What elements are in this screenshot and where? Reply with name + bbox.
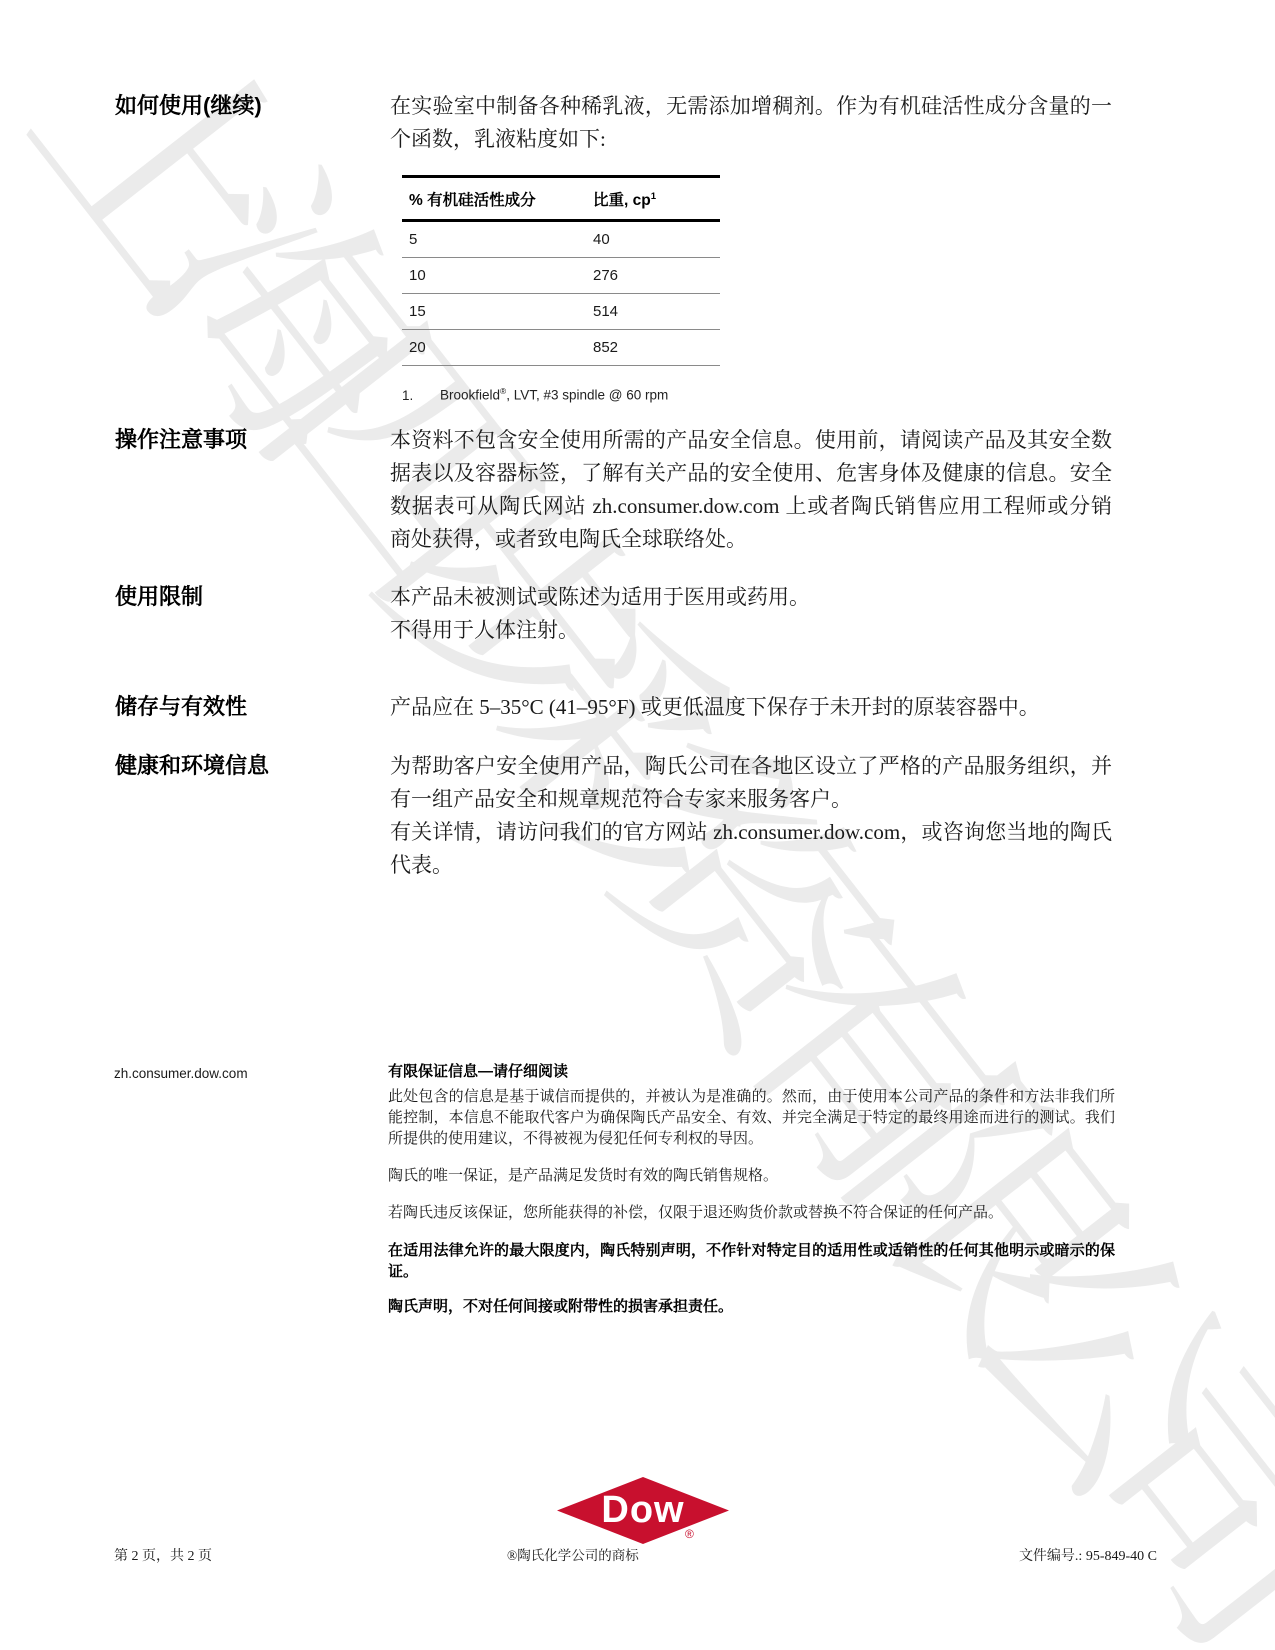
warranty-paragraph: 此处包含的信息是基于诚信而提供的，并被认为是准确的。然而，由于使用本公司产品的条… — [388, 1087, 1115, 1150]
registered-mark: ® — [685, 1527, 694, 1541]
paragraph: 在实验室中制备各种稀乳液，无需添加增稠剂。作为有机硅活性成分含量的一个函数，乳液… — [390, 90, 1112, 156]
table-row: 5 40 — [402, 222, 720, 258]
footnote-number: 1. — [402, 388, 440, 403]
cell-val: 514 — [593, 303, 720, 320]
col-header-viscosity: 比重, cp1 — [593, 188, 720, 210]
section-heading: 健康和环境信息 — [115, 750, 365, 781]
section-body: 为帮助客户安全使用产品，陶氏公司在各地区设立了严格的产品服务组织，并有一组产品安… — [390, 750, 1112, 882]
table-header-row: % 有机硅活性成分 比重, cp1 — [402, 178, 720, 222]
page-number: 第 2 页，共 2 页 — [114, 1545, 212, 1565]
cell-pct: 15 — [402, 303, 593, 320]
document-number: 文件编号.: 95-849-40 C — [1019, 1545, 1157, 1565]
paragraph: 有关详情，请访问我们的官方网站 zh.consumer.dow.com，或咨询您… — [390, 816, 1112, 882]
warranty-disclaimer: 在适用法律允许的最大限度内，陶氏特别声明，不作针对特定目的适用性或适销性的任何其… — [388, 1240, 1115, 1282]
cell-pct: 20 — [402, 339, 593, 356]
footnote-text: , LVT, #3 spindle @ 60 rpm — [506, 388, 668, 403]
dow-logo: Dow ® — [557, 1477, 729, 1544]
cell-pct: 10 — [402, 267, 593, 284]
limited-warranty-block: 有限保证信息—请仔细阅读 此处包含的信息是基于诚信而提供的，并被认为是准确的。然… — [388, 1062, 1115, 1331]
section-heading: 储存与有效性 — [115, 691, 365, 722]
paragraph: 不得用于人体注射。 — [390, 614, 1112, 647]
viscosity-table: % 有机硅活性成分 比重, cp1 5 40 10 276 15 514 20 … — [402, 175, 720, 366]
section-body: 本资料不包含安全使用所需的产品安全信息。使用前，请阅读产品及其安全数据表以及容器… — [390, 424, 1112, 556]
section-body: 产品应在 5–35°C (41–95°F) 或更低温度下保存于未开封的原装容器中… — [390, 691, 1112, 724]
section-heading: 操作注意事项 — [115, 424, 365, 455]
page-content: 如何使用(继续) 在实验室中制备各种稀乳液，无需添加增稠剂。作为有机硅活性成分含… — [0, 0, 1275, 1650]
paragraph: 本产品未被测试或陈述为适用于医用或药用。 — [390, 581, 1112, 614]
warranty-paragraph: 若陶氏违反该保证，您所能获得的补偿，仅限于退还购货价款或替换不符合保证的任何产品… — [388, 1203, 1115, 1224]
warranty-paragraph: 陶氏的唯一保证，是产品满足发货时有效的陶氏销售规格。 — [388, 1166, 1115, 1187]
table-row: 15 514 — [402, 294, 720, 330]
col-header-active-content: % 有机硅活性成分 — [402, 188, 593, 210]
paragraph: 本资料不包含安全使用所需的产品安全信息。使用前，请阅读产品及其安全数据表以及容器… — [390, 424, 1112, 556]
table-row: 10 276 — [402, 258, 720, 294]
section-body: 在实验室中制备各种稀乳液，无需添加增稠剂。作为有机硅活性成分含量的一个函数，乳液… — [390, 90, 1112, 156]
section-body: 本产品未被测试或陈述为适用于医用或药用。 不得用于人体注射。 — [390, 581, 1112, 647]
cell-val: 276 — [593, 267, 720, 284]
cell-pct: 5 — [402, 231, 593, 248]
trademark-note: ®陶氏化学公司的商标 — [507, 1544, 639, 1564]
document-page: 上海四步彩资有限公司 如何使用(继续) 在实验室中制备各种稀乳液，无需添加增稠剂… — [0, 0, 1275, 1650]
footnote-brand: Brookfield — [440, 388, 500, 403]
document-number-value: 95-849-40 C — [1086, 1549, 1157, 1564]
cell-val: 852 — [593, 339, 720, 356]
section-heading: 如何使用(继续) — [115, 90, 365, 121]
paragraph: 产品应在 5–35°C (41–95°F) 或更低温度下保存于未开封的原装容器中… — [390, 691, 1112, 724]
dow-diamond-icon: Dow — [557, 1477, 729, 1544]
paragraph: 为帮助客户安全使用产品，陶氏公司在各地区设立了严格的产品服务组织，并有一组产品安… — [390, 750, 1112, 816]
cell-val: 40 — [593, 231, 720, 248]
warranty-liability-disclaimer: 陶氏声明，不对任何间接或附带性的损害承担责任。 — [388, 1296, 1115, 1317]
footnote-ref: 1 — [651, 190, 656, 201]
dow-logo-text: Dow — [601, 1491, 684, 1529]
document-number-label: 文件编号.: — [1019, 1549, 1086, 1564]
table-footnote: 1.Brookfield®, LVT, #3 spindle @ 60 rpm — [402, 386, 668, 403]
section-heading: 使用限制 — [115, 581, 365, 612]
website-link: zh.consumer.dow.com — [114, 1066, 248, 1081]
warranty-title: 有限保证信息—请仔细阅读 — [388, 1062, 1115, 1082]
table-row: 20 852 — [402, 330, 720, 366]
